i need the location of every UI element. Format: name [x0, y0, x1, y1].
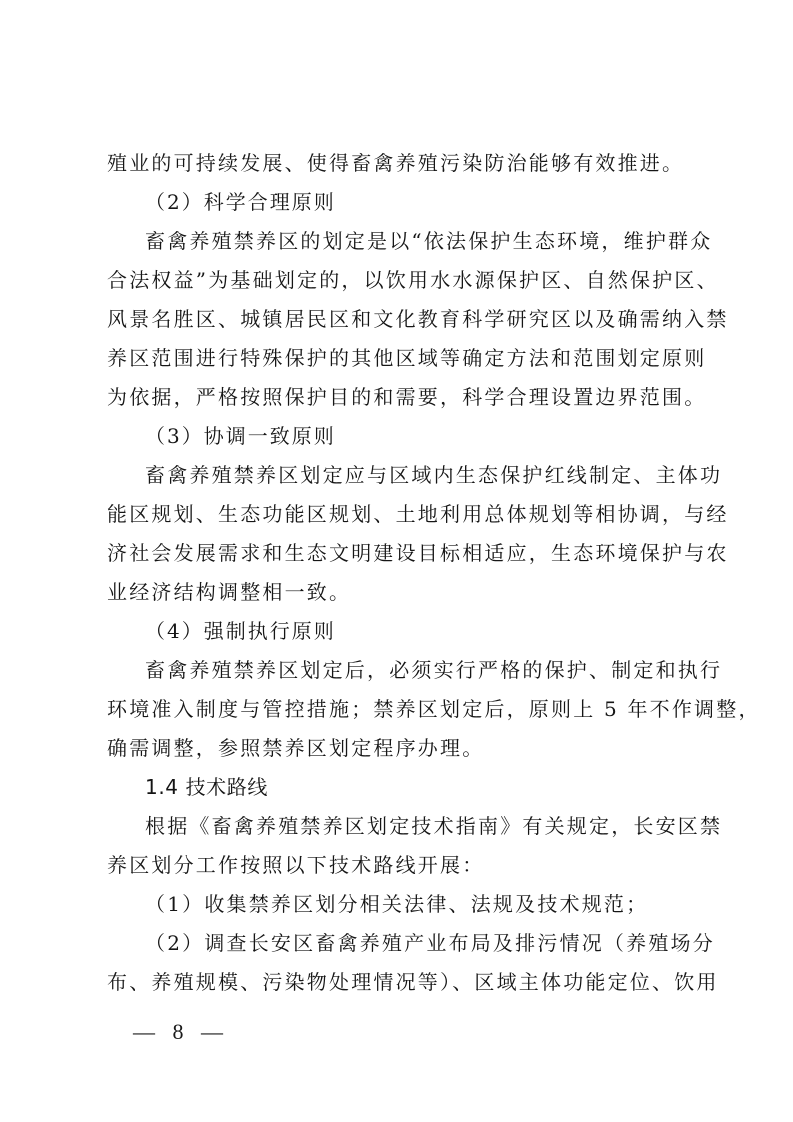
paragraph-line: 济社会发展需求和生态文明建设目标相适应，生态环境保护与农 [107, 538, 693, 568]
paragraph-line: 养区划分工作按照以下技术路线开展： [107, 850, 693, 880]
paragraph-line: 为依据，严格按照保护目的和需要，科学合理设置边界范围。 [107, 382, 693, 412]
paragraph-line: 畜禽养殖禁养区划定应与区域内生态保护红线制定、主体功 [145, 460, 693, 490]
document-page: 殖业的可持续发展、使得畜禽养殖污染防治能够有效推进。 （2）科学合理原则 畜禽养… [0, 0, 793, 1122]
paragraph-line: 能区规划、生态功能区规划、土地利用总体规划等相协调，与经 [107, 499, 693, 529]
section-subheading-enforcement-principle: （4）强制执行原则 [145, 616, 731, 646]
paragraph-line: 风景名胜区、城镇居民区和文化教育科学研究区以及确需纳入禁 [107, 304, 693, 334]
paragraph-line: 畜禽养殖禁养区的划定是以“依法保护生态环境，维护群众 [145, 226, 693, 256]
paragraph-line: 环境准入制度与管控措施；禁养区划定后，原则上 5 年不作调整， [107, 694, 693, 724]
paragraph-line: 殖业的可持续发展、使得畜禽养殖污染防治能够有效推进。 [107, 148, 693, 178]
paragraph-line: 合法权益”为基础划定的，以饮用水水源保护区、自然保护区、 [107, 265, 693, 295]
list-item-line: 布、养殖规模、污染物处理情况等）、区域主体功能定位、饮用 [107, 967, 693, 997]
page-number: — 8 — [133, 1017, 229, 1047]
paragraph-line: 畜禽养殖禁养区划定后，必须实行严格的保护、制定和执行 [145, 655, 693, 685]
list-item-line: （1）收集禁养区划分相关法律、法规及技术规范； [145, 889, 693, 919]
paragraph-line: 业经济结构调整相一致。 [107, 577, 693, 607]
section-subheading-coordination-principle: （3）协调一致原则 [145, 421, 731, 451]
section-subheading-scientific-principle: （2）科学合理原则 [145, 187, 731, 217]
list-item-line: （2）调查长安区畜禽养殖产业布局及排污情况（养殖场分 [145, 928, 693, 958]
section-heading-technical-route: 1.4 技术路线 [145, 772, 731, 802]
paragraph-line: 养区范围进行特殊保护的其他区域等确定方法和范围划定原则 [107, 343, 693, 373]
paragraph-line: 根据《畜禽养殖禁养区划定技术指南》有关规定，长安区禁 [145, 811, 693, 841]
paragraph-line: 确需调整，参照禁养区划定程序办理。 [107, 733, 693, 763]
